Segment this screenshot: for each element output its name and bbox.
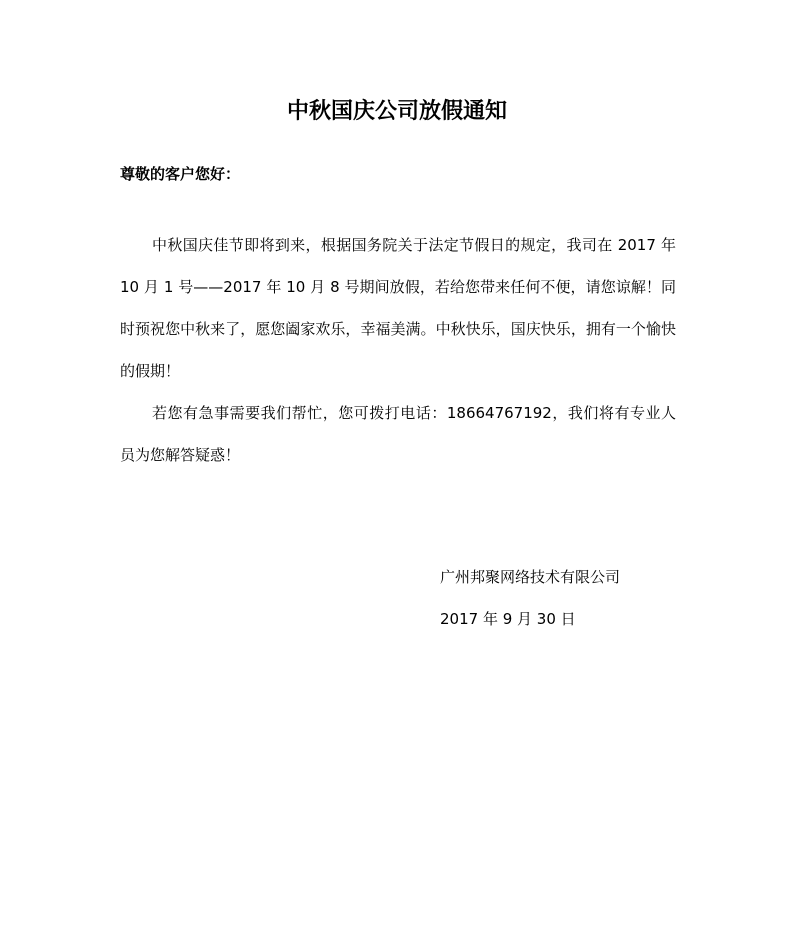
document-body: 中秋国庆佳节即将到来，根据国务院关于法定节假日的规定，我司在 2017 年 10…: [120, 224, 676, 476]
signature-date: 2017 年 9 月 30 日: [440, 598, 620, 640]
signature-block: 广州邦聚网络技术有限公司 2017 年 9 月 30 日: [440, 556, 620, 640]
signature-company: 广州邦聚网络技术有限公司: [440, 556, 620, 598]
greeting: 尊敬的客户您好：: [120, 162, 240, 186]
document-page: 中秋国庆公司放假通知 尊敬的客户您好： 中秋国庆佳节即将到来，根据国务院关于法定…: [0, 0, 794, 936]
paragraph-holiday-notice: 中秋国庆佳节即将到来，根据国务院关于法定节假日的规定，我司在 2017 年 10…: [120, 224, 676, 392]
paragraph-contact: 若您有急事需要我们帮忙，您可拨打电话：18664767192，我们将有专业人员为…: [120, 392, 676, 476]
document-title: 中秋国庆公司放假通知: [0, 96, 794, 128]
